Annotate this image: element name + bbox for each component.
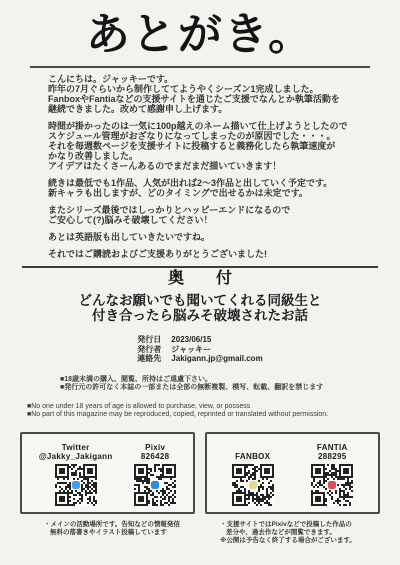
contact-email: Jakigann.jp@gmail.com (171, 354, 262, 364)
fantia-service-name: FANTIA (317, 443, 348, 452)
fanbox-qr-code (232, 464, 274, 506)
afterword-paragraph: それではご購読およびご支援ありがとうございました! (48, 249, 386, 259)
footnote-line: 無料の落書きやイラスト投稿しています (44, 529, 204, 537)
colophon-fields: 発行日 2023/06/15 発行者 ジャッキー 連絡先 Jakigann.jp… (137, 335, 262, 364)
title-divider (30, 66, 370, 68)
afterword-paragraph: あとは英語版も出していきたいですね。 (48, 232, 386, 242)
fantia-link: FANTIA 288295 (311, 443, 353, 506)
support-footnote: ・支援サイトではPixivなどで投稿した作品の 差分や、過去作などが閲覧できます… (204, 521, 380, 545)
afterword-line: 続きは最低でも1作品、人気が出れば2〜3作品と出していく予定です。 (48, 178, 386, 188)
pixiv-link: Pixiv 826428 (134, 443, 176, 506)
twitter-label: Twitter @Jakky_Jakigann (39, 443, 113, 461)
publish-date-label: 発行日 (137, 335, 171, 345)
afterword-line: 継続できました。改めて感謝申し上げます。 (48, 104, 386, 114)
footnote-line: ・メインの活動場所です。告知などの情報発信 (44, 521, 204, 529)
afterword-line: 新キャラも出しますが、どのタイミングで出せるかは未定です。 (48, 188, 386, 198)
work-title-line: どんなお願いでも聞いてくれる同級生と (14, 293, 386, 308)
publish-date-value: 2023/06/15 (171, 335, 211, 345)
fanbox-link: FANBOX (232, 452, 274, 506)
afterword-body: こんにちは。ジャッキーです。 昨年の7月ぐらいから制作しててようやくシーズン1完… (14, 74, 386, 259)
fantia-label: FANTIA 288295 (317, 443, 348, 461)
twitter-link: Twitter @Jakky_Jakigann (39, 443, 113, 506)
footnote-line: ・支援サイトではPixivなどで投稿した作品の (220, 521, 380, 529)
contact-label: 連絡先 (137, 354, 171, 364)
afterword-line: アイデアはたくさーんあるのでまだまだ描いていきます！ (48, 161, 386, 171)
fantia-qr-code (311, 464, 353, 506)
fantia-id: 288295 (317, 452, 348, 461)
afterword-paragraph: こんにちは。ジャッキーです。 昨年の7月ぐらいから制作しててようやくシーズン1完… (48, 74, 386, 114)
publisher-label: 発行者 (137, 345, 171, 355)
pixiv-id: 826428 (141, 452, 170, 461)
colophon-section: 奥 付 どんなお願いでも聞いてくれる同級生と 付き合ったら脳みそ破壊されたお話 … (14, 270, 386, 420)
afterword-line: 昨年の7月ぐらいから制作しててようやくシーズン1完成しました。 (48, 84, 386, 94)
afterword-line: FanboxやFantiaなどの支援サイトを通じたご支援でなんとか執筆活動を (48, 94, 386, 104)
fanbox-label: FANBOX (235, 452, 270, 461)
afterword-line: スケジュール管理がおざなりになってしまったのが原因でした・・・。 (48, 131, 386, 141)
colophon-divider (22, 266, 378, 268)
afterword-line: ご安心して(?)脳みそ破壊してください！ (48, 215, 386, 225)
afterword-line: それを毎週数ページを支援サイトに投稿すると義務化したら執筆速度が (48, 141, 386, 151)
publisher-row: 発行者 ジャッキー (137, 345, 262, 355)
afterword-paragraph: 時間が掛かったのは一気に100p越えのネーム描いて仕上げようとしたので スケジュ… (48, 121, 386, 171)
afterword-line: あとは英語版も出していきたいですね。 (48, 232, 386, 242)
sns-footnote: ・メインの活動場所です。告知などの情報発信 無料の落書きやイラスト投稿しています (20, 521, 204, 545)
afterword-paragraph: 続きは最低でも1作品、人気が出れば2〜3作品と出していく予定です。 新キャラも出… (48, 178, 386, 198)
afterword-line: こんにちは。ジャッキーです。 (48, 74, 386, 84)
twitter-handle: @Jakky_Jakigann (39, 452, 113, 461)
twitter-qr-code (55, 464, 97, 506)
afterword-line: またシリーズ最後ではしっかりとハッピーエンドになるので (48, 205, 386, 215)
afterword-page: あとがき。 こんにちは。ジャッキーです。 昨年の7月ぐらいから制作しててようやく… (0, 0, 400, 545)
notices-english: ■No one under 18 years of age is allowed… (14, 403, 386, 420)
pixiv-service-name: Pixiv (141, 443, 170, 452)
sns-links-box: Twitter @Jakky_Jakigann Pixiv 826428 (20, 432, 195, 514)
pixiv-label: Pixiv 826428 (141, 443, 170, 461)
afterword-line: かなり改善しました。 (48, 151, 386, 161)
pixiv-qr-code (134, 464, 176, 506)
work-title-line: 付き合ったら脳みそ破壊されたお話 (14, 308, 386, 323)
link-boxes: Twitter @Jakky_Jakigann Pixiv 826428 FAN… (20, 432, 380, 514)
footnotes: ・メインの活動場所です。告知などの情報発信 無料の落書きやイラスト投稿しています… (20, 521, 380, 545)
afterword-line: 時間が掛かったのは一気に100p越えのネーム描いて仕上げようとしたので (48, 121, 386, 131)
contact-row: 連絡先 Jakigann.jp@gmail.com (137, 354, 262, 364)
support-links-box: FANBOX FANTIA 288295 (205, 432, 380, 514)
twitter-service-name: Twitter (39, 443, 113, 452)
colophon-heading: 奥 付 (14, 270, 386, 288)
notice-line: ■18歳未満の購入、閲覧、所持はご遠慮下さい。 (60, 376, 386, 384)
fanbox-service-name: FANBOX (235, 452, 270, 461)
work-title: どんなお願いでも聞いてくれる同級生と 付き合ったら脳みそ破壊されたお話 (14, 293, 386, 323)
publish-date-row: 発行日 2023/06/15 (137, 335, 262, 345)
afterword-paragraph: またシリーズ最後ではしっかりとハッピーエンドになるので ご安心して(?)脳みそ破… (48, 205, 386, 225)
publisher-value: ジャッキー (171, 345, 211, 355)
footnote-line: ※公開は予告なく終了する場合がございます。 (220, 537, 380, 545)
notices-japanese: ■18歳未満の購入、閲覧、所持はご遠慮下さい。 ■発行元の許可なく本誌の一部また… (14, 376, 386, 392)
footnote-line: 差分や、過去作などが閲覧できます。 (220, 529, 380, 537)
notice-line: ■No part of this magazine may be reprodu… (27, 411, 386, 420)
notice-line: ■No one under 18 years of age is allowed… (27, 403, 386, 412)
afterword-line: それではご購読およびご支援ありがとうございました! (48, 249, 386, 259)
page-title: あとがき。 (14, 6, 386, 64)
notice-line: ■発行元の許可なく本誌の一部または全部の無断複製、模写、転載、翻訳を禁じます (60, 384, 386, 392)
